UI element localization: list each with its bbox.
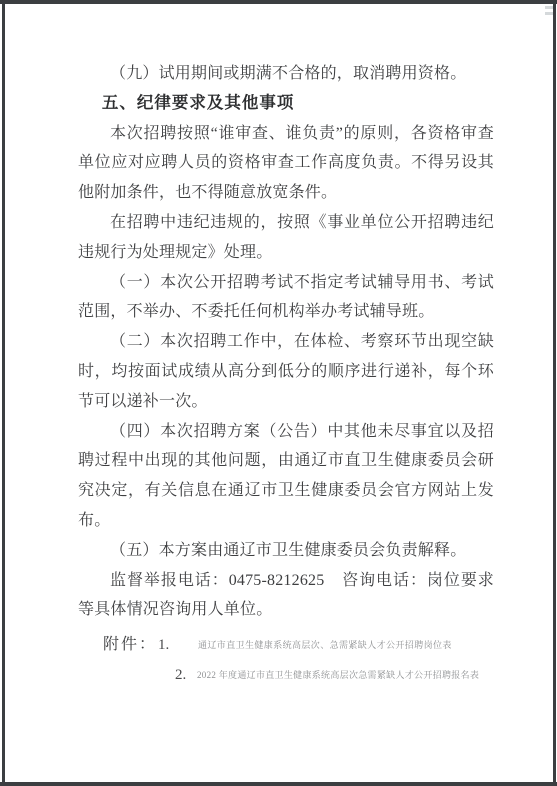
paragraph-phone-numbers: 监督举报电话：0475-8212625 咨询电话：岗位要求等具体情况咨询用人单位… — [78, 566, 494, 626]
paragraph-trial-period: （九）试用期间或期满不合格的，取消聘用资格。 — [78, 59, 494, 89]
attachment-row: 2. 2022 年度通辽市直卫生健康系统高层次急需紧缺人才公开招聘报名表 — [78, 660, 494, 690]
attachment-row: 附件： 1. 通辽市直卫生健康系统高层次、急需紧缺人才公开招聘岗位表 — [78, 630, 494, 660]
page-scan-edge-bottom — [0, 782, 557, 786]
page-scan-edge-top — [0, 0, 557, 4]
paragraph-item-1: （一）本次公开招聘考试不指定考试辅导用书、考试范围，不举办、不委托任何机构举办考… — [78, 268, 494, 328]
page-scan-edge-right — [553, 2, 556, 782]
attachment-title: 2022 年度通辽市直卫生健康系统高层次急需紧缺人才公开招聘报名表 — [197, 660, 479, 690]
document-content: （九）试用期间或期满不合格的，取消聘用资格。 五、纪律要求及其他事项 本次招聘按… — [78, 59, 494, 690]
page-scan-edge-left — [2, 0, 5, 786]
paragraph-item-5: （五）本方案由通辽市卫生健康委员会负责解释。 — [78, 536, 494, 566]
attachment-title: 通辽市直卫生健康系统高层次、急需紧缺人才公开招聘岗位表 — [198, 630, 452, 660]
scanned-document-page: { "page": { "background": "#ffffff", "ed… — [0, 0, 557, 786]
scan-artifact — [545, 6, 553, 9]
attachments-block: 附件： 1. 通辽市直卫生健康系统高层次、急需紧缺人才公开招聘岗位表 2. 20… — [78, 630, 494, 690]
attachment-number: 2. — [175, 660, 186, 690]
section-heading: 五、纪律要求及其他事项 — [78, 89, 494, 119]
scan-artifact — [545, 12, 553, 15]
paragraph-item-4: （四）本次招聘方案（公告）中其他未尽事宜以及招聘过程中出现的其他问题，由通辽市直… — [78, 417, 494, 536]
attachment-number: 1. — [158, 630, 169, 660]
paragraph-review-duty: 本次招聘按照“谁审查、谁负责”的原则，各资格审查单位应对应聘人员的资格审查工作高… — [78, 119, 494, 208]
attachments-label: 附件： — [103, 630, 157, 660]
paragraph-item-2: （二）本次招聘工作中，在体检、考察环节出现空缺时，均按面试成绩从高分到低分的顺序… — [78, 327, 494, 416]
paragraph-violation: 在招聘中违纪违规的，按照《事业单位公开招聘违纪违规行为处理规定》处理。 — [78, 208, 494, 268]
